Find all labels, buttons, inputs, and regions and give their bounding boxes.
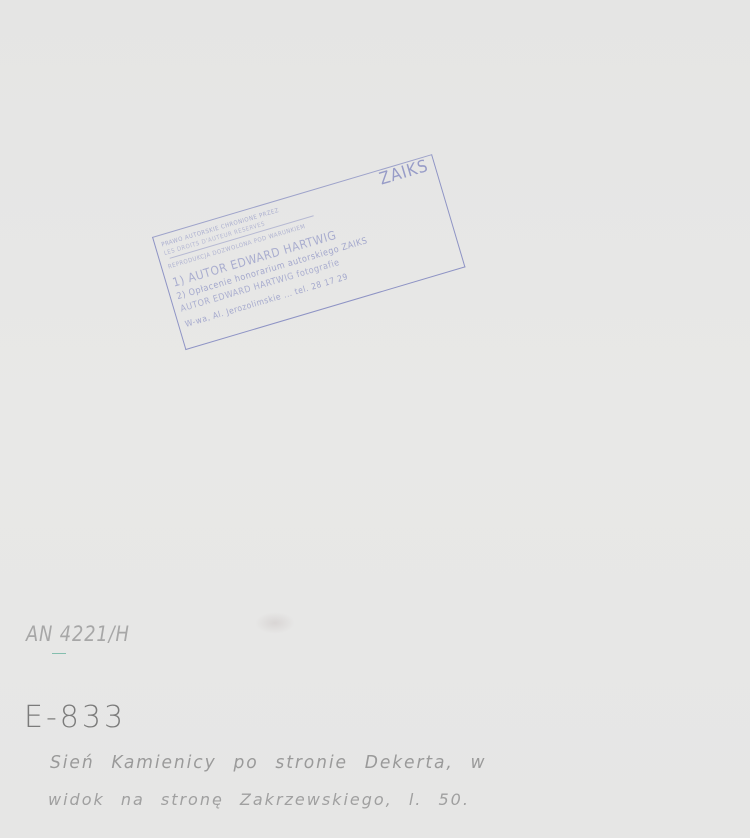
green-pen-mark [52, 650, 66, 654]
paper-smudge [255, 612, 295, 634]
photo-code: E-833 [24, 700, 126, 735]
description-line-1: Sień Kamienicy po stronie Dekerta, w [50, 752, 486, 773]
catalog-number: AN 4221/H [26, 622, 130, 646]
description-line-2: widok na stronę Zakrzewskiego, l. 50. [48, 790, 470, 809]
